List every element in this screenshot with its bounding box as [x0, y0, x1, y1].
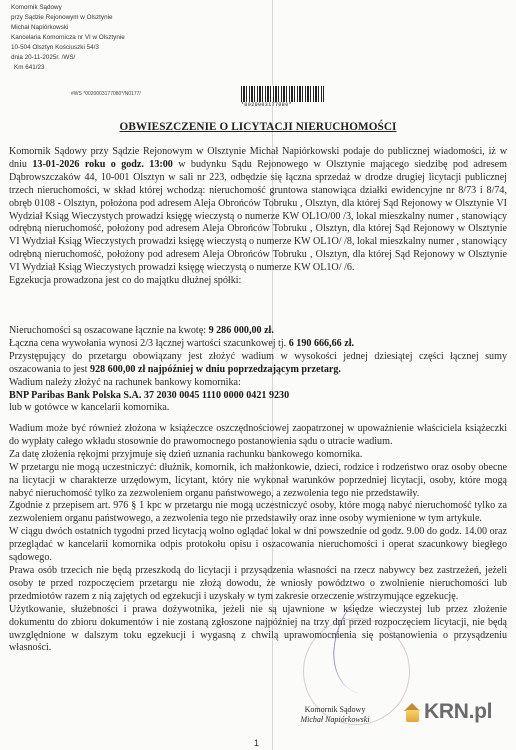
- bailiff-header: Komornik Sądowy przy Sądzie Rejonowym w …: [11, 3, 125, 73]
- deposit-tail: poprzedzającym przetarg.: [225, 364, 341, 375]
- valuation-section: Nieruchomości są oszacowane łącznie na k…: [9, 325, 507, 415]
- property-details: w budynku Sądu Rejonowego w Olsztynie ma…: [9, 159, 507, 273]
- header-line: Komornik Sądowy: [11, 3, 125, 13]
- terms-paragraph: Użytkowanie, służebności i prawa dożywot…: [9, 604, 507, 656]
- cash-note: lub w gotówce w kancelarii komornika.: [9, 402, 507, 415]
- account-label: Wadium należy złożyć na rachunek bankowy…: [9, 377, 507, 390]
- terms-paragraph: Prawa osób trzecich nie będą przeszkodą …: [9, 565, 507, 604]
- enforcement-note: Egzekucja prowadzona jest co do majątku …: [9, 275, 507, 288]
- barcode: *0020003177080*: [241, 86, 324, 108]
- case-number: Km 641/23: [11, 63, 125, 73]
- header-line: Kancelaria Komornicza nr VI w Olsztynie: [11, 33, 125, 43]
- page-number: 1: [254, 738, 259, 748]
- bank-account: BNP Paribas Bank Polska S.A. 37 2030 004…: [9, 390, 507, 403]
- price-label: Łączna cena wywołania wynosi 2/3 łącznej…: [9, 338, 289, 349]
- header-line: Michał Napiórkowski: [11, 23, 125, 33]
- estimate-line: Nieruchomości są oszacowane łącznie na k…: [9, 325, 507, 338]
- deposit-line: Przystępujący do przetargu obowiązany je…: [9, 351, 507, 377]
- estimate-label: Nieruchomości są oszacowane łącznie na k…: [9, 325, 209, 336]
- price-line: Łączna cena wywołania wynosi 2/3 łącznej…: [9, 338, 507, 351]
- header-line: przy Sądzie Rejonowym w Olsztynie: [11, 13, 125, 23]
- header-line: dnia 20-11-2025r. /WS/: [11, 53, 125, 63]
- signature-block: Komornik Sądowy Michał Napiórkowski: [290, 705, 380, 725]
- terms-paragraph: W ciągu dwóch ostatnich tygodni przed li…: [9, 526, 507, 565]
- auction-details: Komornik Sądowy przy Sądzie Rejonowym w …: [9, 146, 507, 275]
- house-icon: [404, 703, 421, 722]
- terms-section: Wadium może być również złożona w książe…: [9, 423, 507, 655]
- barcode-bars: [241, 86, 324, 102]
- terms-paragraph: Wadium może być również złożona w książe…: [9, 423, 507, 449]
- price-value: 6 190 666,66 zł.: [289, 338, 354, 349]
- barcode-number: *0020003177080*: [241, 102, 324, 108]
- auction-date: 13-01-2026 roku o godz. 13:00: [32, 159, 173, 170]
- reference-code: #WS *0020003177080*/N0177/: [71, 91, 141, 97]
- terms-paragraph: Za datę złożenia rękojmi przyjmuje się d…: [9, 449, 507, 462]
- signature-name: Michał Napiórkowski: [290, 715, 380, 725]
- bank-account-number: BNP Paribas Bank Polska S.A. 37 2030 004…: [9, 390, 289, 401]
- estimate-value: 9 286 000,00 zł.: [209, 325, 274, 336]
- krn-watermark: KRN.pl: [404, 700, 492, 724]
- document-title: OBWIESZCZENIE O LICYTACJI NIERUCHOMOŚCI: [0, 121, 516, 133]
- signature-role: Komornik Sądowy: [290, 705, 380, 715]
- auction-description: Komornik Sądowy przy Sądzie Rejonowym w …: [9, 146, 507, 288]
- watermark-text: KRN.pl: [424, 700, 492, 724]
- terms-paragraph: W przetargu nie mogą uczestniczyć: dłużn…: [9, 462, 507, 501]
- deposit-value: 928 600,00 zł najpóźniej w dniu: [90, 364, 225, 375]
- terms-paragraph: Zgodnie z przepisem art. 976 § 1 kpc w p…: [9, 500, 507, 526]
- header-line: 10-504 Olsztyn Kościuszki 54/3: [11, 43, 125, 53]
